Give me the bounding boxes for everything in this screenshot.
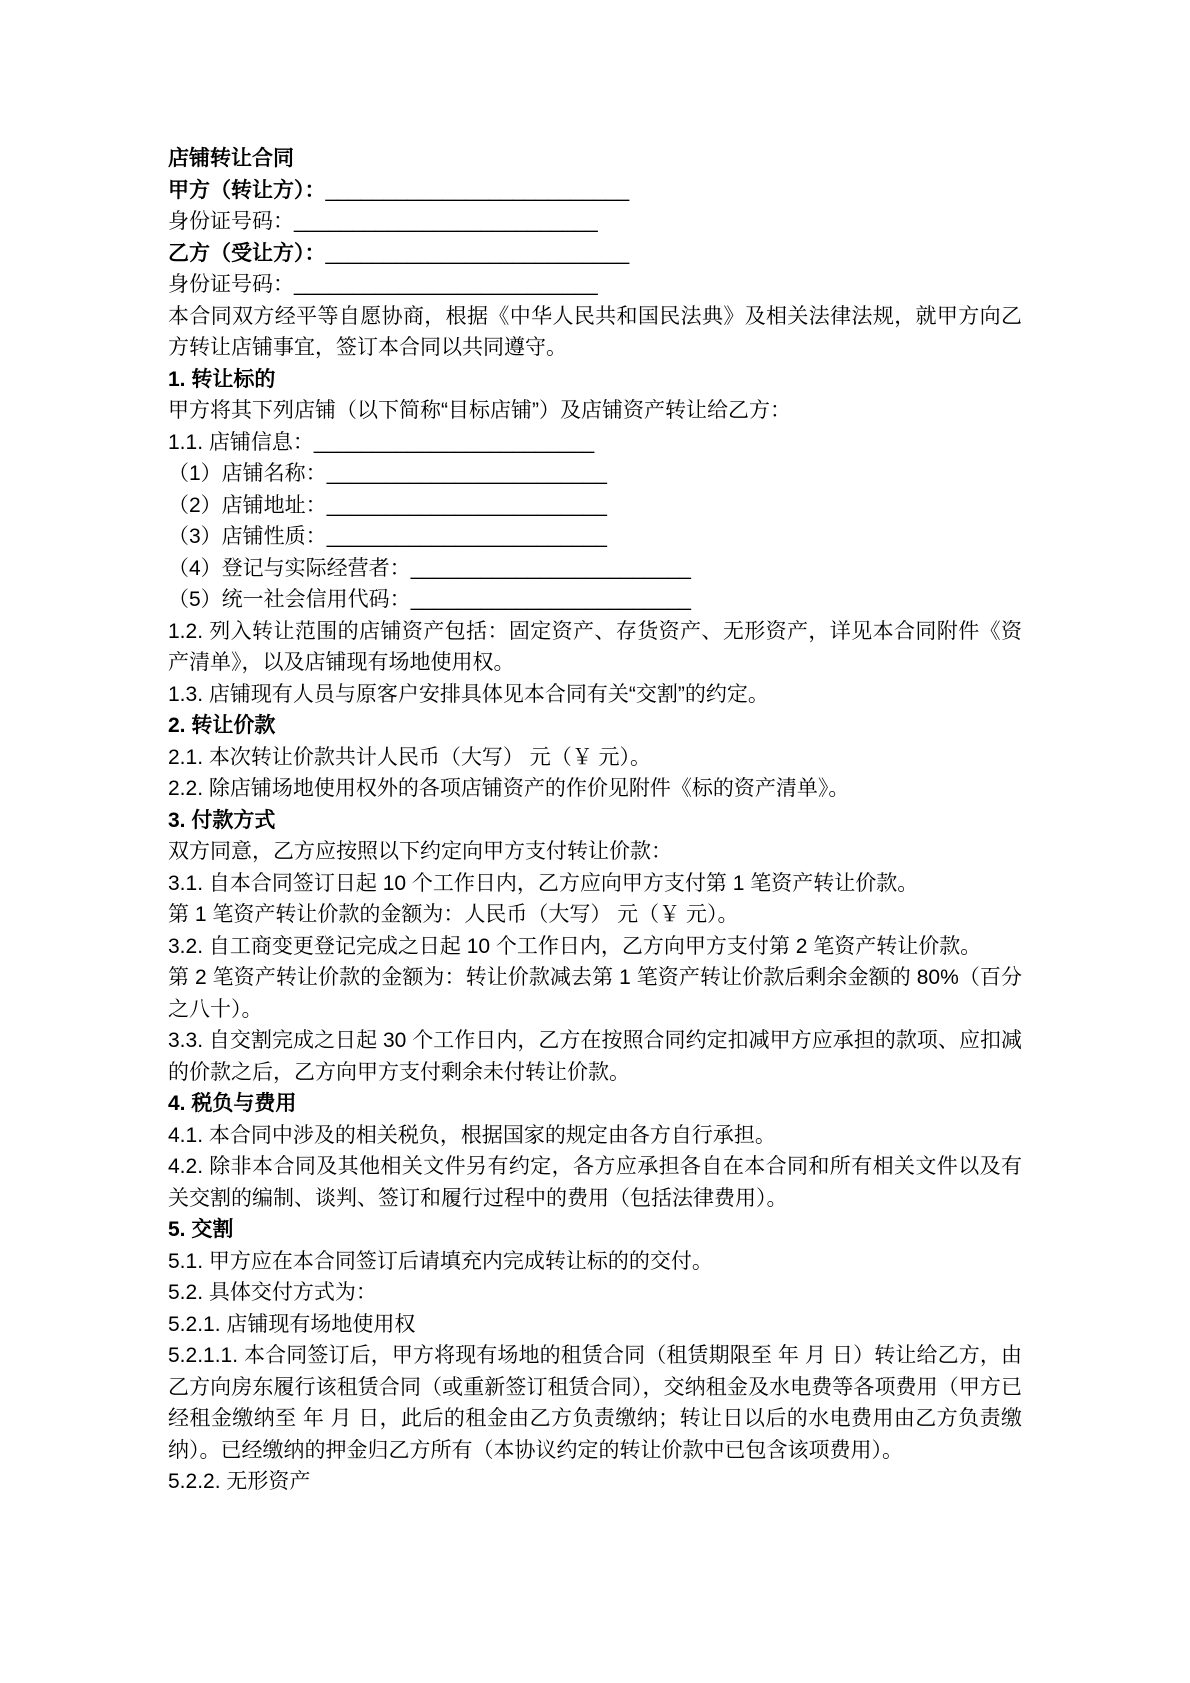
party-b-id-blank-line: __________________________ [294, 273, 598, 296]
shop-name-field: （1）店铺名称：________________________ [168, 458, 1022, 490]
credit-code-label: （5）统一社会信用代码： [168, 588, 411, 611]
shop-operator-blank-line: ________________________ [411, 557, 691, 580]
section-3-intro: 双方同意，乙方应按照以下约定向甲方支付转让价款： [168, 836, 1022, 868]
party-a-id-field: 身份证号码：__________________________ [168, 206, 1022, 238]
clause-3-1: 3.1. 自本合同签订日起 10 个工作日内，乙方应向甲方支付第 1 笔资产转让… [168, 868, 1022, 900]
clause-3-1-amount: 第 1 笔资产转让价款的金额为：人民币（大写） 元（￥ 元）。 [168, 899, 1022, 931]
shop-nature-field: （3）店铺性质：________________________ [168, 521, 1022, 553]
shop-address-label: （2）店铺地址： [168, 494, 327, 517]
party-b-id-field: 身份证号码：__________________________ [168, 269, 1022, 301]
shop-info-field: 1.1. 店铺信息：________________________ [168, 427, 1022, 459]
contract-document-page: 店铺转让合同 甲方（转让方）：_________________________… [168, 143, 1022, 1498]
section-1-intro: 甲方将其下列店铺（以下简称“目标店铺”）及店铺资产转让给乙方： [168, 395, 1022, 427]
shop-name-label: （1）店铺名称： [168, 462, 327, 485]
clause-4-1: 4.1. 本合同中涉及的相关税负，根据国家的规定由各方自行承担。 [168, 1120, 1022, 1152]
shop-operator-label: （4）登记与实际经营者： [168, 557, 411, 580]
clause-1-3: 1.3. 店铺现有人员与原客户安排具体见本合同有关“交割”的约定。 [168, 679, 1022, 711]
preamble-paragraph: 本合同双方经平等自愿协商，根据《中华人民共和国民法典》及相关法律法规，就甲方向乙… [168, 301, 1022, 364]
party-b-label: 乙方（受让方）： [168, 242, 326, 265]
clause-4-2: 4.2. 除非本合同及其他相关文件另有约定，各方应承担各自在本合同和所有相关文件… [168, 1151, 1022, 1214]
clause-1-2: 1.2. 列入转让范围的店铺资产包括：固定资产、存货资产、无形资产，详见本合同附… [168, 616, 1022, 679]
shop-info-label: 1.1. 店铺信息： [168, 431, 314, 454]
clause-5-1: 5.1. 甲方应在本合同签订后请填充内完成转让标的的交付。 [168, 1246, 1022, 1278]
shop-nature-label: （3）店铺性质： [168, 525, 327, 548]
party-a-id-label: 身份证号码： [168, 210, 294, 233]
credit-code-blank-line: ________________________ [411, 588, 691, 611]
party-a-id-blank-line: __________________________ [294, 210, 598, 233]
party-a-field: 甲方（转让方）：__________________________ [168, 175, 1022, 207]
clause-3-2-amount: 第 2 笔资产转让价款的金额为：转让价款减去第 1 笔资产转让价款后剩余金额的 … [168, 962, 1022, 1025]
section-1-heading: 1. 转让标的 [168, 364, 1022, 396]
party-b-blank-line: __________________________ [326, 242, 630, 265]
section-2-heading: 2. 转让价款 [168, 710, 1022, 742]
party-a-label: 甲方（转让方）： [168, 179, 326, 202]
shop-operator-field: （4）登记与实际经营者：________________________ [168, 553, 1022, 585]
section-5-heading: 5. 交割 [168, 1214, 1022, 1246]
shop-address-blank-line: ________________________ [327, 494, 607, 517]
section-4-heading: 4. 税负与费用 [168, 1088, 1022, 1120]
party-b-field: 乙方（受让方）：__________________________ [168, 238, 1022, 270]
clause-2-2: 2.2. 除店铺场地使用权外的各项店铺资产的作价见附件《标的资产清单》。 [168, 773, 1022, 805]
clause-3-3: 3.3. 自交割完成之日起 30 个工作日内，乙方在按照合同约定扣减甲方应承担的… [168, 1025, 1022, 1088]
clause-5-2-1: 5.2.1. 店铺现有场地使用权 [168, 1309, 1022, 1341]
party-a-blank-line: __________________________ [326, 179, 630, 202]
clause-5-2: 5.2. 具体交付方式为： [168, 1277, 1022, 1309]
clause-5-2-1-1: 5.2.1.1. 本合同签订后，甲方将现有场地的租赁合同（租赁期限至 年 月 日… [168, 1340, 1022, 1466]
shop-address-field: （2）店铺地址：________________________ [168, 490, 1022, 522]
shop-nature-blank-line: ________________________ [327, 525, 607, 548]
shop-name-blank-line: ________________________ [327, 462, 607, 485]
credit-code-field: （5）统一社会信用代码：________________________ [168, 584, 1022, 616]
clause-2-1: 2.1. 本次转让价款共计人民币（大写） 元（￥ 元）。 [168, 742, 1022, 774]
doc-title: 店铺转让合同 [168, 143, 1022, 175]
shop-info-blank-line: ________________________ [314, 431, 594, 454]
party-b-id-label: 身份证号码： [168, 273, 294, 296]
section-3-heading: 3. 付款方式 [168, 805, 1022, 837]
clause-3-2: 3.2. 自工商变更登记完成之日起 10 个工作日内，乙方向甲方支付第 2 笔资… [168, 931, 1022, 963]
clause-5-2-2: 5.2.2. 无形资产 [168, 1466, 1022, 1498]
